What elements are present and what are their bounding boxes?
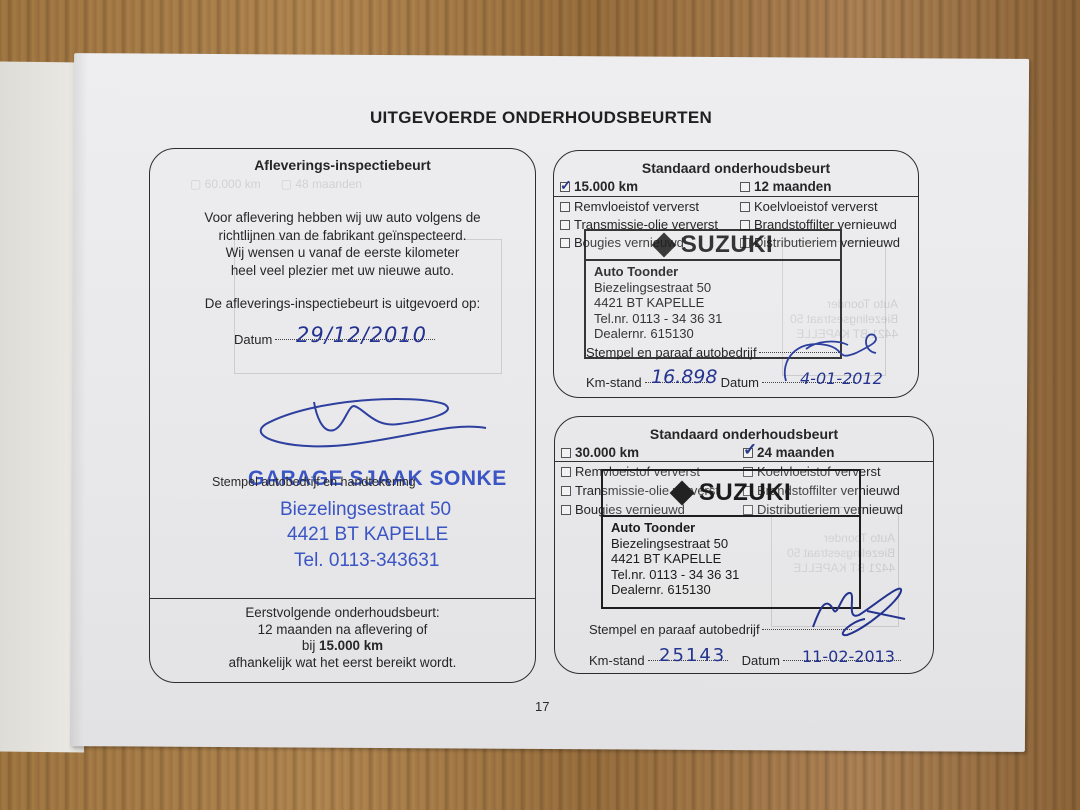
checklist-item[interactable]: Remvloeistof ververst xyxy=(560,199,699,214)
checklist-label: Remvloeistof ververst xyxy=(574,199,699,214)
interval-months-option[interactable]: ✓ 24 maanden xyxy=(743,445,834,460)
performed-on-label: De afleverings-inspectiebeurt is uitgevo… xyxy=(150,295,535,313)
checkbox[interactable] xyxy=(561,505,571,515)
date-label: Datum xyxy=(721,375,759,390)
next-service-divider xyxy=(150,598,535,599)
date-label: Datum xyxy=(742,653,780,668)
km-handwritten: 25143 xyxy=(659,645,726,666)
stamp-phone: Tel.nr. 0113 - 34 36 31 xyxy=(594,311,832,327)
suzuki-s-icon xyxy=(669,481,694,506)
intro-line: Voor aflevering hebben wij uw auto volge… xyxy=(150,209,535,227)
next-service-bij: bij xyxy=(302,638,315,653)
interval-km-option[interactable]: ✓ 15.000 km xyxy=(560,179,638,194)
checkbox[interactable] xyxy=(740,182,750,192)
page-number: 17 xyxy=(535,699,549,714)
signature-scribble xyxy=(254,394,494,454)
checkmark-icon: ✓ xyxy=(743,440,757,460)
delivery-intro: Voor aflevering hebben wij uw auto volge… xyxy=(150,209,535,279)
next-service-line: 12 maanden na aflevering of xyxy=(150,622,535,639)
paraaf-signature xyxy=(805,575,915,645)
checkbox[interactable] xyxy=(560,202,570,212)
checkbox[interactable] xyxy=(561,467,571,477)
service-box-2: Auto ToonderBiezelingsestraat 504421 BT … xyxy=(554,416,934,674)
stamp-dealer-name: Auto Toonder xyxy=(611,520,851,536)
interval-months-label: 12 maanden xyxy=(754,179,831,194)
service-box-1: Auto ToonderBiezelingsestraat 504421 BT … xyxy=(553,150,919,398)
checklist-divider xyxy=(554,196,918,197)
checklist-divider xyxy=(555,461,933,462)
stamp-dealer-name: Auto Toonder xyxy=(594,264,832,280)
suzuki-s-icon xyxy=(651,233,676,258)
bleed-through-text: ▢ 60.000 km ▢ 48 maanden xyxy=(190,177,362,192)
delivery-date-handwritten: 29/12/2010 xyxy=(296,323,427,347)
intro-line: Wij wensen u vanaf de eerste kilometer xyxy=(150,244,535,262)
date-handwritten: 4-01-2012 xyxy=(800,369,883,388)
interval-months-option[interactable]: 12 maanden xyxy=(740,179,831,194)
checkbox[interactable] xyxy=(740,220,750,230)
checkbox[interactable] xyxy=(560,238,570,248)
km-handwritten: 16.898 xyxy=(651,366,717,388)
dealer-stamp-street: Biezelingsestraat 50 xyxy=(280,499,451,521)
checkbox[interactable] xyxy=(561,448,571,458)
checklist-item[interactable]: Koelvloeistof ververst xyxy=(740,199,878,214)
checkbox[interactable] xyxy=(560,220,570,230)
dealer-stamp-city: 4421 BT KAPELLE xyxy=(287,524,448,546)
checkmark-icon: ✓ xyxy=(560,177,572,194)
date-label: Datum xyxy=(234,332,272,347)
date-handwritten: 11-02-2013 xyxy=(802,647,895,666)
interval-months-label: 24 maanden xyxy=(757,445,834,460)
stamp-city: 4421 BT KAPELLE xyxy=(611,551,851,567)
service-heading: Standaard onderhoudsbeurt xyxy=(554,160,918,176)
interval-km-option[interactable]: 30.000 km xyxy=(561,445,639,460)
interval-km-label: 30.000 km xyxy=(575,445,639,460)
dealer-stamp-phone: Tel. 0113-343631 xyxy=(294,550,439,572)
page-title: UITGEVOERDE ONDERHOUDSBEURTEN xyxy=(356,108,726,128)
interval-km-label: 15.000 km xyxy=(574,179,638,194)
stamp-paraaf-label: Stempel en paraaf autobedrijf xyxy=(586,345,757,360)
next-service-km: 15.000 km xyxy=(319,638,383,653)
checkbox-checked[interactable]: ✓ xyxy=(743,448,753,458)
stamp-signature-label: Stempel autobedrijf en handtekening xyxy=(212,475,416,489)
intro-line: richtlijnen van de fabrikant geïnspectee… xyxy=(150,227,535,245)
checkbox[interactable] xyxy=(561,486,571,496)
stamp-street: Biezelingsestraat 50 xyxy=(594,280,832,296)
delivery-inspection-box: ▢ 60.000 km ▢ 48 maanden Afleverings-ins… xyxy=(149,148,536,683)
next-service-line: afhankelijk wat het eerst bereikt wordt. xyxy=(150,655,535,672)
checkbox[interactable] xyxy=(740,202,750,212)
next-service-info: Eerstvolgende onderhoudsbeurt: 12 maande… xyxy=(150,605,535,671)
intro-line: heel veel plezier met uw nieuwe auto. xyxy=(150,262,535,280)
stamp-street: Biezelingsestraat 50 xyxy=(611,536,851,552)
km-label: Km-stand xyxy=(586,375,642,390)
stamp-city: 4421 BT KAPELLE xyxy=(594,295,832,311)
suzuki-logo: SUZUKI xyxy=(586,231,840,261)
delivery-heading: Afleverings-inspectiebeurt xyxy=(150,157,535,173)
km-label: Km-stand xyxy=(589,653,645,668)
next-service-line: bij 15.000 km xyxy=(150,638,535,655)
suzuki-logo: SUZUKI xyxy=(603,471,859,517)
checkbox-checked[interactable]: ✓ xyxy=(560,182,570,192)
stamp-brand: SUZUKI xyxy=(681,231,773,259)
checklist-label: Koelvloeistof ververst xyxy=(754,199,878,214)
stamp-brand: SUZUKI xyxy=(699,479,791,507)
next-service-line: Eerstvolgende onderhoudsbeurt: xyxy=(150,605,535,622)
stamp-paraaf-label: Stempel en paraaf autobedrijf xyxy=(589,622,760,637)
